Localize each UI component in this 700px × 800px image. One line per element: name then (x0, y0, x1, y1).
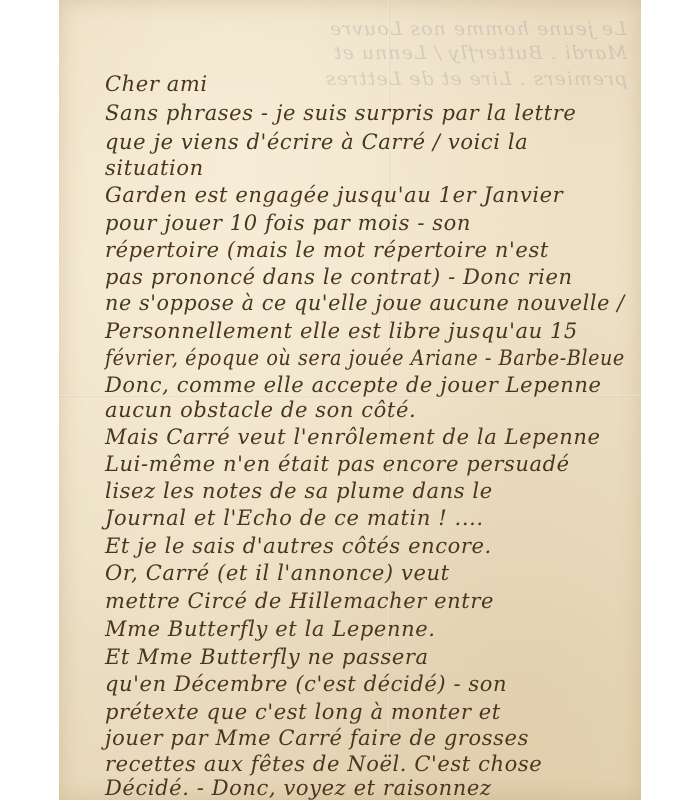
show-through-text: Mardi . Butterfly / Lennu et (333, 42, 627, 64)
letter-line: Décidé. - Donc, voyez et raisonnez (105, 776, 492, 800)
letter-page: Le jeune homme nos Louvre Mardi . Butter… (59, 0, 641, 800)
letter-line: que je viens d'écrire à Carré / voici la (105, 130, 528, 154)
letter-line: recettes aux fêtes de Noël. C'est chose (105, 752, 542, 776)
letter-line: ne s'oppose à ce qu'elle joue aucune nou… (105, 291, 625, 315)
letter-line: Et je le sais d'autres côtés encore. (105, 534, 492, 558)
show-through-text: premiers . Lire et de Lettres (325, 68, 627, 90)
letter-line: février, époque où sera jouée Ariane - B… (105, 346, 625, 370)
letter-line: répertoire (mais le mot répertoire n'est (105, 238, 549, 262)
letter-line: qu'en Décembre (c'est décidé) - son (105, 672, 507, 696)
letter-line: Donc, comme elle accepte de jouer Lepenn… (105, 373, 602, 397)
letter-line: prétexte que c'est long à monter et (105, 700, 501, 724)
salutation: Cher ami (105, 72, 208, 96)
letter-line: Mais Carré veut l'enrôlement de la Lepen… (105, 425, 601, 449)
letter-line: Or, Carré (et il l'annonce) veut (105, 561, 450, 585)
letter-line: aucun obstacle de son côté. (105, 398, 416, 422)
letter-line: Garden est engagée jusqu'au 1er Janvier (105, 183, 563, 207)
letter-line: Personnellement elle est libre jusqu'au … (105, 319, 578, 343)
letter-line: mettre Circé de Hillemacher entre (105, 589, 494, 613)
letter-line: pas prononcé dans le contrat) - Donc rie… (105, 265, 573, 289)
show-through-text: Le jeune homme nos Louvre (329, 18, 627, 40)
letter-line: Lui-même n'en était pas encore persuadé (105, 452, 570, 476)
letter-line: Sans phrases - je suis surpris par la le… (105, 101, 576, 125)
letter-line: situation (105, 156, 204, 180)
letter-line: pour jouer 10 fois par mois - son (105, 211, 471, 235)
letter-line: jouer par Mme Carré faire de grosses (105, 726, 529, 750)
letter-line: Mme Butterfly et la Lepenne. (105, 617, 436, 641)
letter-line: Journal et l'Echo de ce matin ! .... (105, 506, 484, 530)
letter-line: lisez les notes de sa plume dans le (105, 479, 493, 503)
letter-line: Et Mme Butterfly ne passera (105, 645, 429, 669)
